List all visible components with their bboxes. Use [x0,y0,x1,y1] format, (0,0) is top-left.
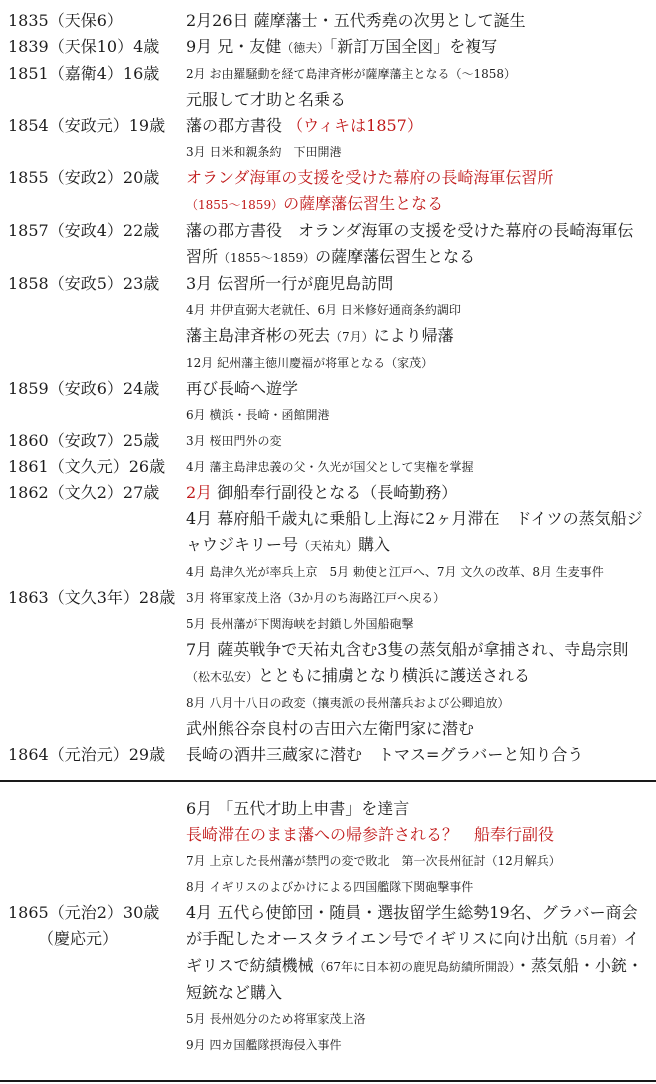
event-lines: 2月 御船奉行副役となる（長崎勤務）4月 幕府船千歳丸に乗船し上海に2ヶ月滞在 … [186,480,648,585]
event-lines: 3月 将軍家茂上洛（3か月のち海路江戸へ戻る）5月 長州藩が下関海峡を封鎖し外国… [186,585,648,742]
text-segment: （1855～1859） [218,251,315,265]
timeline-rows: 1835（天保6）2月26日 薩摩藩士・五代秀堯の次男として誕生1839（天保1… [8,8,648,1058]
event-lines: 3月 桜田門外の変 [186,428,648,454]
timeline-row: 1858（安政5）23歳3月 伝習所一行が鹿児島訪問4月 井伊直弼大老就任、6月… [8,271,648,376]
text-segment: 4月 藩主島津忠義の父・久光が国父として実権を掌握 [186,460,473,474]
year-cell: 1863（文久3年）28歳 [8,585,186,611]
era-second-label: （慶応元） [8,926,186,952]
event-line: 3月 日米和親条約 下田開港 [186,139,648,165]
year-label: 1835（天保6） [8,8,186,34]
text-segment: 3月 桜田門外の変 [186,434,281,448]
text-segment: （天祐丸） [298,539,358,553]
event-line: 4月 島津久光が率兵上京 5月 勅使と江戸へ、7月 文久の改革、8月 生麦事件 [186,559,648,585]
text-segment: オランダ海軍の支援を受けた幕府の長崎海軍伝習所 [186,168,553,187]
text-segment: により帰藩 [374,326,454,345]
text-segment: 長崎の酒井三蔵家に潜む トマス=グラバーと知り合う [186,745,583,764]
timeline-row: 1851（嘉衛4）16歳2月 お由羅騒動を経て島津斉彬が薩摩藩主となる（～185… [8,61,648,113]
event-lines: 3月 伝習所一行が鹿児島訪問4月 井伊直弼大老就任、6月 日米修好通商条約調印藩… [186,271,648,376]
text-segment: 8月 八月十八日の政変（攘夷派の長州藩兵および公卿追放） [186,696,509,710]
timeline-row: 1862（文久2）27歳2月 御船奉行副役となる（長崎勤務）4月 幕府船千歳丸に… [8,480,648,585]
year-cell: 1857（安政4）22歳 [8,218,186,244]
event-line: 6月 「五代才助上申書」を達言 [186,796,648,822]
event-line: 長崎滞在のまま藩への帰参許される？ 船奉行副役 [186,822,648,848]
text-segment: （67年に日本初の鹿児島紡績所開設） [314,960,515,974]
text-segment: 8月 イギリスのよびかけによる四国艦隊下関砲撃事件 [186,880,473,894]
text-segment: 「新訂万国全図」を複写 [329,37,497,56]
text-segment: 12月 紀州藩主徳川慶福が将軍となる（家茂） [186,356,433,370]
text-segment: 長崎滞在のまま藩への帰参許される？ 船奉行副役 [186,825,554,844]
event-line: 藩の郡方書役 （ウィキは1857） [186,113,648,139]
text-segment: （5月着） [568,933,624,947]
event-line: 4月 藩主島津忠義の父・久光が国父として実権を掌握 [186,454,648,480]
year-label: 1865（元治2）30歳 [8,900,186,926]
text-segment: の薩摩藩伝習生となる [283,194,443,213]
text-segment: 4月 島津久光が率兵上京 5月 勅使と江戸へ、7月 文久の改革、8月 生麦事件 [186,565,604,579]
timeline-row: 1859（安政6）24歳再び長崎へ遊学6月 横浜・長崎・函館開港 [8,376,648,428]
event-lines: 藩の郡方書役 （ウィキは1857）3月 日米和親条約 下田開港 [186,113,648,165]
text-segment: 2月26日 薩摩藩士・五代秀堯の次男として誕生 [186,11,526,30]
event-lines: 2月 お由羅騒動を経て島津斉彬が薩摩藩主となる（～1858）元服して才助と名乗る [186,61,648,113]
year-label: 1862（文久2）27歳 [8,480,186,506]
text-segment: 4月 幕府船千歳丸に乗船し上海に2ヶ月滞在 ドイツの蒸気船ジャウジキリー号 [186,509,643,554]
text-segment: 3月 伝習所一行が鹿児島訪問 [186,274,393,293]
text-segment: 7月 薩英戦争で天祐丸含む3隻の蒸気船が拿捕され、寺島宗則 [186,640,628,659]
year-label: 1863（文久3年）28歳 [8,585,186,611]
text-segment: 5月 長州処分のため将軍家茂上洛 [186,1012,365,1026]
timeline-row: 1865（元治2）30歳（慶応元）4月 五代ら使節団・随員・選抜留学生総勢19名… [8,900,648,1058]
event-line: 3月 将軍家茂上洛（3か月のち海路江戸へ戻る） [186,585,648,611]
event-line: 2月26日 薩摩藩士・五代秀堯の次男として誕生 [186,8,648,34]
section-divider [0,780,656,782]
text-segment: 2月 [186,483,212,502]
year-label: 1860（安政7）25歳 [8,428,186,454]
year-cell: 1855（安政2）20歳 [8,165,186,191]
timeline-row: 6月 「五代才助上申書」を達言長崎滞在のまま藩への帰参許される？ 船奉行副役7月… [8,796,648,900]
year-cell: 1865（元治2）30歳（慶応元） [8,900,186,952]
year-label: 1854（安政元）19歳 [8,113,186,139]
event-line: 3月 伝習所一行が鹿児島訪問 [186,271,648,297]
text-segment: （1855～1859） [186,198,283,212]
event-lines: 2月26日 薩摩藩士・五代秀堯の次男として誕生 [186,8,648,34]
text-segment: 御船奉行副役となる（長崎勤務） [212,483,457,502]
text-segment: （7月） [330,330,374,344]
year-label: 1855（安政2）20歳 [8,165,186,191]
text-segment: の薩摩藩伝習生となる [315,247,475,266]
year-label: 1851（嘉衛4）16歳 [8,61,186,87]
text-segment: 2月 お由羅騒動を経て島津斉彬が薩摩藩主となる（～1858） [186,67,516,81]
event-lines: 長崎の酒井三蔵家に潜む トマス=グラバーと知り合う [186,742,648,768]
text-segment: 9月 四カ国艦隊摂海侵入事件 [186,1038,341,1052]
year-cell: 1859（安政6）24歳 [8,376,186,402]
event-line: 再び長崎へ遊学 [186,376,648,402]
timeline-page: 1835（天保6）2月26日 薩摩藩士・五代秀堯の次男として誕生1839（天保1… [0,0,656,1084]
timeline-row: 1857（安政4）22歳藩の郡方書役 オランダ海軍の支援を受けた幕府の長崎海軍伝… [8,218,648,271]
text-segment: 4月 井伊直弼大老就任、6月 日米修好通商条約調印 [186,303,461,317]
text-segment: （ウィキは1857） [287,116,423,135]
text-segment: 3月 日米和親条約 下田開港 [186,145,341,159]
year-cell [8,796,186,822]
timeline-row: 1863（文久3年）28歳3月 将軍家茂上洛（3か月のち海路江戸へ戻る）5月 長… [8,585,648,742]
text-segment: 5月 長州藩が下関海峡を封鎖し外国船砲撃 [186,617,413,631]
event-line: 藩主島津斉彬の死去（7月）により帰藩 [186,323,648,350]
year-cell: 1851（嘉衛4）16歳 [8,61,186,87]
event-lines: 6月 「五代才助上申書」を達言長崎滞在のまま藩への帰参許される？ 船奉行副役7月… [186,796,648,900]
text-segment: 再び長崎へ遊学 [186,379,298,398]
event-line: 8月 イギリスのよびかけによる四国艦隊下関砲撃事件 [186,874,648,900]
event-line: 7月 上京した長州藩が禁門の変で敗北 第一次長州征討（12月解兵） [186,848,648,874]
event-line: 4月 井伊直弼大老就任、6月 日米修好通商条約調印 [186,297,648,323]
event-line: 5月 長州藩が下関海峡を封鎖し外国船砲撃 [186,611,648,637]
year-cell: 1861（文久元）26歳 [8,454,186,480]
event-line: 藩の郡方書役 オランダ海軍の支援を受けた幕府の長崎海軍伝習所（1855～1859… [186,218,648,271]
event-line: 4月 五代ら使節団・随員・選抜留学生総勢19名、グラバー商会が手配したオースタラ… [186,900,648,1006]
year-cell: 1835（天保6） [8,8,186,34]
year-label: 1861（文久元）26歳 [8,454,186,480]
year-label: 1857（安政4）22歳 [8,218,186,244]
event-line: 4月 幕府船千歳丸に乗船し上海に2ヶ月滞在 ドイツの蒸気船ジャウジキリー号（天祐… [186,506,648,559]
text-segment: （徳夫） [281,41,329,55]
text-segment: 6月 横浜・長崎・函館開港 [186,408,329,422]
event-line: 長崎の酒井三蔵家に潜む トマス=グラバーと知り合う [186,742,648,768]
timeline-row: 1861（文久元）26歳4月 藩主島津忠義の父・久光が国父として実権を掌握 [8,454,648,480]
year-cell: 1854（安政元）19歳 [8,113,186,139]
year-label: 1859（安政6）24歳 [8,376,186,402]
year-label: 1858（安政5）23歳 [8,271,186,297]
text-segment: 購入 [358,535,390,554]
event-lines: 4月 五代ら使節団・随員・選抜留学生総勢19名、グラバー商会が手配したオースタラ… [186,900,648,1058]
year-cell: 1864（元治元）29歳 [8,742,186,768]
year-label [8,796,186,822]
year-cell: 1858（安政5）23歳 [8,271,186,297]
year-cell: 1839（天保10）4歳 [8,34,186,60]
event-lines: 再び長崎へ遊学6月 横浜・長崎・函館開港 [186,376,648,428]
text-segment: 藩主島津斉彬の死去 [186,326,330,345]
text-segment: 藩の郡方書役 [186,116,287,135]
event-line: オランダ海軍の支援を受けた幕府の長崎海軍伝習所（1855～1859）の薩摩藩伝習… [186,165,648,218]
timeline-row: 1864（元治元）29歳長崎の酒井三蔵家に潜む トマス=グラバーと知り合う [8,742,648,768]
event-line: 6月 横浜・長崎・函館開港 [186,402,648,428]
event-lines: 4月 藩主島津忠義の父・久光が国父として実権を掌握 [186,454,648,480]
event-line: 武州熊谷奈良村の吉田六左衛門家に潜む [186,716,648,742]
event-line: 5月 長州処分のため将軍家茂上洛 [186,1006,648,1032]
event-lines: 藩の郡方書役 オランダ海軍の支援を受けた幕府の長崎海軍伝習所（1855～1859… [186,218,648,271]
event-line: 9月 四カ国艦隊摂海侵入事件 [186,1032,648,1058]
text-segment: 9月 兄・友健 [186,37,281,56]
timeline-row: 1839（天保10）4歳9月 兄・友健（徳夫）「新訂万国全図」を複写 [8,34,648,61]
year-cell: 1860（安政7）25歳 [8,428,186,454]
event-lines: オランダ海軍の支援を受けた幕府の長崎海軍伝習所（1855～1859）の薩摩藩伝習… [186,165,648,218]
year-label: 1839（天保10）4歳 [8,34,186,60]
year-cell: 1862（文久2）27歳 [8,480,186,506]
event-line: 2月 お由羅騒動を経て島津斉彬が薩摩藩主となる（～1858） [186,61,648,87]
text-segment: （松木弘安） [186,670,258,684]
event-lines: 9月 兄・友健（徳夫）「新訂万国全図」を複写 [186,34,648,61]
event-line: 9月 兄・友健（徳夫）「新訂万国全図」を複写 [186,34,648,61]
event-line: 3月 桜田門外の変 [186,428,648,454]
text-segment: 6月 「五代才助上申書」を達言 [186,799,409,818]
event-line: 8月 八月十八日の政変（攘夷派の長州藩兵および公卿追放） [186,690,648,716]
event-line: 2月 御船奉行副役となる（長崎勤務） [186,480,648,506]
timeline-row: 1835（天保6）2月26日 薩摩藩士・五代秀堯の次男として誕生 [8,8,648,34]
text-segment: 3月 将軍家茂上洛（3か月のち海路江戸へ戻る） [186,591,445,605]
event-line: 7月 薩英戦争で天祐丸含む3隻の蒸気船が拿捕され、寺島宗則（松木弘安）とともに捕… [186,637,648,690]
timeline-row: 1854（安政元）19歳藩の郡方書役 （ウィキは1857）3月 日米和親条約 下… [8,113,648,165]
text-segment: 元服して才助と名乗る [186,90,346,109]
timeline-row: 1855（安政2）20歳オランダ海軍の支援を受けた幕府の長崎海軍伝習所（1855… [8,165,648,218]
event-line: 元服して才助と名乗る [186,87,648,113]
bottom-rule [0,1080,656,1082]
year-label: 1864（元治元）29歳 [8,742,186,768]
text-segment: 武州熊谷奈良村の吉田六左衛門家に潜む [186,719,474,738]
timeline-row: 1860（安政7）25歳3月 桜田門外の変 [8,428,648,454]
text-segment: とともに捕虜となり横浜に護送される [258,666,530,685]
event-line: 12月 紀州藩主徳川慶福が将軍となる（家茂） [186,350,648,376]
text-segment: 7月 上京した長州藩が禁門の変で敗北 第一次長州征討（12月解兵） [186,854,561,868]
